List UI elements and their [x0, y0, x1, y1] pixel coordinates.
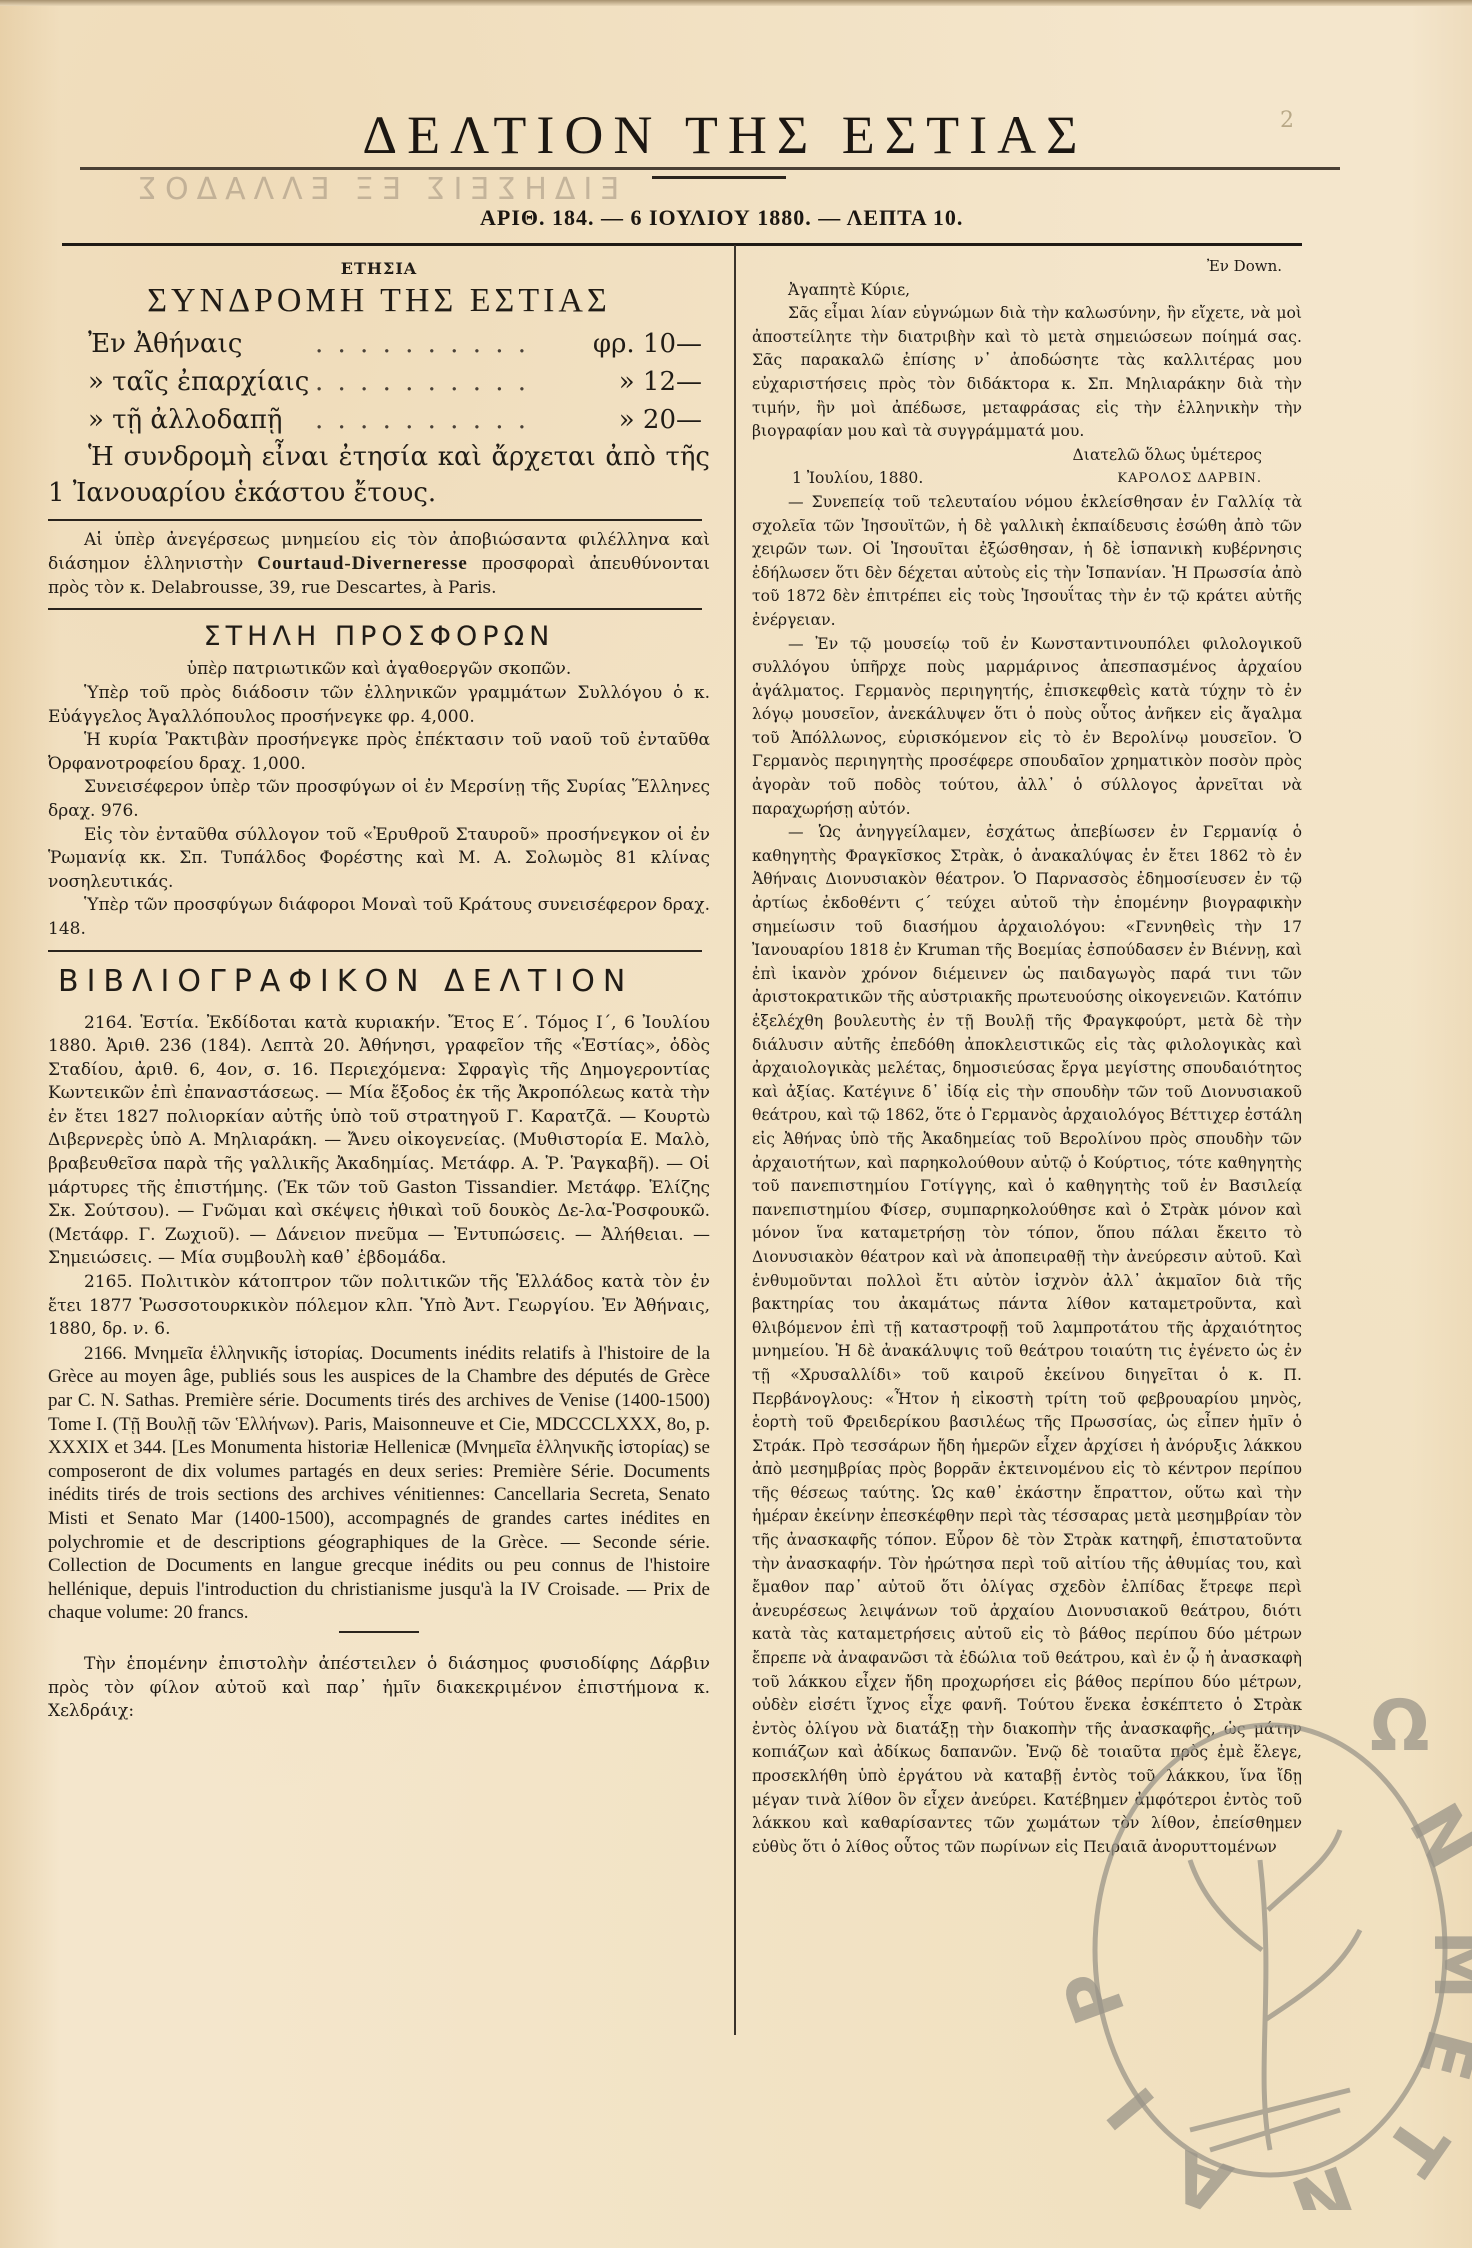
subscription-price: φρ. 10— [542, 325, 702, 363]
letter-place: Ἐν Down. [752, 255, 1282, 279]
subscription-price: » 12— [542, 363, 702, 401]
header-rule [62, 243, 1302, 246]
column-divider [734, 245, 736, 2035]
svg-text:Ρ: Ρ [1047, 1958, 1142, 2034]
offer-item: Ὑπὲρ τῶν προσφύγων διάφοροι Μοναὶ τοῦ Κρ… [48, 894, 710, 941]
masthead-rule [80, 167, 1340, 170]
svg-text:Ν: Ν [1393, 1790, 1472, 1882]
svg-text:Τ: Τ [1369, 2102, 1464, 2188]
offer-item: Ἡ κυρία Ῥακτιβὰν προσήνεγκε πρὸς ἐπέκτασ… [48, 729, 710, 776]
leader-dots: . . . . . . . . . . . . . . . [315, 401, 542, 439]
offer-item: Εἰς τὸν ἐνταῦθα σύλλογον τοῦ «Ἐρυθροῦ Στ… [48, 824, 710, 895]
masthead: ΔΕΛΤΙΟΝ ΤΗΣ ΕΣΤΙΑΣ [110, 105, 1340, 178]
leader-dots: . . . . . . . . . . . . . . . . . . [315, 325, 542, 363]
newspaper-title: ΔΕΛΤΙΟΝ ΤΗΣ ΕΣΤΙΑΣ [110, 105, 1340, 165]
letter-intro: Τὴν ἑπομένην ἐπιστολὴν ἀπέστειλεν ὁ διάσ… [48, 1653, 710, 1724]
subscription-price: » 20— [542, 401, 702, 439]
svg-text:Ε: Ε [1402, 2021, 1472, 2088]
offers-subheading: ὑπὲρ πατριωτικῶν καὶ ἀγαθοεργῶν σκοπῶν. [48, 658, 710, 682]
offers-heading: ΣΤΗΛΗ ΠΡΟΣΦΟΡΩΝ [48, 618, 710, 656]
right-column: Ἐν Down. Ἀγαπητὲ Κύριε, Σᾶς εἶμαι λίαν ε… [752, 255, 1302, 1859]
subscription-heading: ΣΥΝΔΡΟΜΗ ΤΗΣ ΕΣΤΙΑΣ [48, 281, 710, 321]
issue-line: ΑΡΙΘ. 184. — 6 ΙΟΥΛΙΟΥ 1880. — ΛΕΠΤΑ 10. [480, 205, 963, 231]
svg-text:Μ: Μ [1418, 1930, 1472, 2000]
letter-salutation: Ἀγαπητὲ Κύριε, [752, 279, 1302, 303]
section-rule [48, 608, 702, 610]
subscription-row: Ἐν Ἀθήναις . . . . . . . . . . . . . . .… [48, 325, 710, 363]
courtaud-name: Courtaud-Diverneresse [257, 553, 468, 574]
entry-text: Πολιτικὸν κάτοπτρον τῶν πολιτικῶν τῆς Ἑλ… [48, 1272, 710, 1339]
offer-item: Ὑπὲρ τοῦ πρὸς διάδοσιν τῶν ἑλληνικῶν γρα… [48, 682, 710, 729]
subscription-row: » τῇ ἀλλοδαπῇ . . . . . . . . . . . . . … [48, 401, 710, 439]
courtaud-notice: Αἱ ὑπὲρ ἀνεγέρσεως μνημείου εἰς τὸν ἀποβ… [48, 529, 710, 601]
letter-signature: ΚΑΡΟΛΟΣ ΔΑΡΒΙΝ. [1117, 467, 1262, 491]
offer-item: Συνεισέφερον ὑπὲρ τῶν προσφύγων οἱ ἐν Με… [48, 776, 710, 823]
news-item: — Συνεπείᾳ τοῦ τελευταίου νόμου ἐκλείσθη… [752, 491, 1302, 633]
entry-number: 2165. [84, 1272, 133, 1292]
bibliography-entry: 2165. Πολιτικὸν κάτοπτρον τῶν πολιτικῶν … [48, 1271, 710, 1342]
letter-closing-row: Διατελῶ ὅλως ὑμέτερος [752, 444, 1302, 468]
leader-dots: . . . . . . . . . . . . . . [315, 363, 542, 401]
news-item: — Ἐν τῷ μουσείῳ τοῦ ἐν Κωνσταντινουπόλει… [752, 633, 1302, 822]
subscription-place: » ταῖς ἐπαρχίαις [88, 363, 315, 401]
left-column: ΕΤΗΣΙΑ ΣΥΝΔΡΟΜΗ ΤΗΣ ΕΣΤΙΑΣ Ἐν Ἀθήναις . … [48, 255, 710, 1724]
bibliography-entry: 2164. Ἑστία. Ἐκδίδοται κατὰ κυριακήν. Ἔτ… [48, 1012, 710, 1272]
svg-text:Α: Α [1162, 2134, 1241, 2210]
short-rule [339, 1631, 419, 1633]
letter-body: Σᾶς εἶμαι λίαν εὐγνώμων διὰ τὴν καλωσύνη… [752, 302, 1302, 444]
bibliography-heading: ΒΙΒΛΙΟΓΡΑΦΙΚΟΝ ΔΕΛΤΙΟΝ [48, 960, 710, 1004]
page-top-edge [0, 0, 1472, 6]
subscription-place: » τῇ ἀλλοδαπῇ [88, 401, 315, 439]
letter-date: 1 Ἰουλίου, 1880. [792, 467, 923, 491]
subscription-label: ΕΤΗΣΙΑ [48, 257, 710, 281]
svg-text:Ι: Ι [1092, 2072, 1172, 2145]
subscription-place: Ἐν Ἀθήναις [88, 325, 315, 363]
section-rule [48, 950, 702, 952]
svg-text:Ν: Ν [1281, 2148, 1364, 2210]
subscription-note: Ἡ συνδρομὴ εἶναι ἐτησία καὶ ἄρχεται ἀπὸ … [48, 439, 710, 511]
bibliography-entry: 2166. Μνημεῖα ἑλληνικῆς ἱστορίας. Docume… [48, 1342, 710, 1625]
entry-text: Μνημεῖα ἑλληνικῆς ἱστορίας. Documents in… [48, 1343, 710, 1624]
svg-text:Ω: Ω [1370, 1690, 1430, 1767]
issue-tick-rule [652, 176, 786, 179]
entry-number: 2164. [84, 1013, 133, 1033]
page-number: 2 [1280, 108, 1294, 133]
news-item: — Ὡς ἀνηγγείλαμεν, ἐσχάτως ἀπεβίωσεν ἐν … [752, 821, 1302, 1859]
section-rule [48, 519, 702, 521]
letter-closing: Διατελῶ ὅλως ὑμέτερος [1072, 444, 1262, 468]
entry-number: 2166. [84, 1343, 127, 1364]
entry-text: Ἑστία. Ἐκδίδοται κατὰ κυριακήν. Ἔτος Ε΄.… [48, 1013, 710, 1269]
subscription-row: » ταῖς ἐπαρχίαις . . . . . . . . . . . .… [48, 363, 710, 401]
letter-signature-row: 1 Ἰουλίου, 1880. ΚΑΡΟΛΟΣ ΔΑΡΒΙΝ. [752, 467, 1302, 491]
